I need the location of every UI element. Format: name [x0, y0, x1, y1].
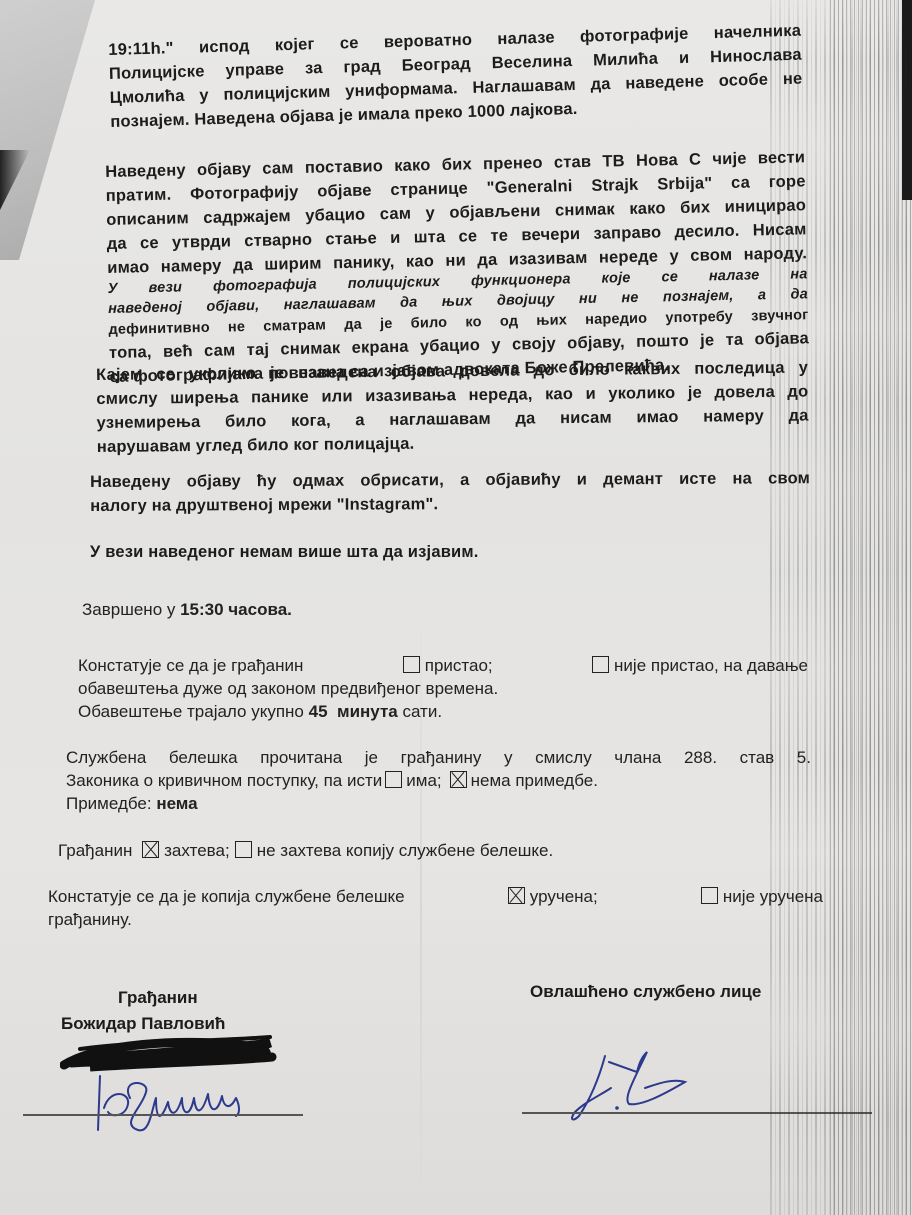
copy-delivered-line-2: грађанину. [48, 908, 823, 931]
text-line: У вези наведеног немам више шта да изјав… [90, 543, 479, 561]
duration-unit: минута [337, 702, 398, 721]
read-out-section: Службена белешка прочитана је грађанину … [66, 746, 811, 815]
official-signature-line [522, 1112, 872, 1114]
option-requests-label: захтева; [164, 841, 230, 860]
read-out-label: Законика о кривичном поступку, па исти [66, 771, 382, 790]
consent-line-2: обавештења дуже од законом предвиђеног в… [78, 677, 808, 700]
copy-delivered-label: Констатује се да је копија службене беле… [48, 885, 405, 908]
citizen-signature-line [23, 1114, 303, 1116]
copy-request-label: Грађанин [58, 841, 132, 860]
paragraph-closing: У вези наведеног немам више шта да изјав… [90, 540, 479, 564]
checkbox-delivered[interactable] [508, 887, 525, 904]
completed-label: Завршено у [82, 600, 180, 619]
option-not-delivered-label: није уручена [723, 887, 823, 906]
citizen-signature [90, 1068, 270, 1140]
option-not-requests-label: не захтева копију службене белешке. [257, 841, 553, 860]
text-line: Наведену објаву ћу одмах обрисати, а обј… [90, 466, 810, 494]
remarks-label: Примедбе: [66, 794, 156, 813]
remarks-value: нема [156, 794, 197, 813]
toner-streaks-fine [830, 0, 912, 1215]
background-edge [902, 0, 912, 200]
checkbox-agreed[interactable] [403, 656, 420, 673]
duration-suffix: сати. [398, 702, 442, 721]
official-label: Овлашћено службено лице [530, 982, 761, 1002]
option-not-agreed-label: није пристао, на давање [614, 656, 808, 675]
remarks-line: Примедбе: нема [66, 792, 811, 815]
checkbox-not-agreed[interactable] [592, 656, 609, 673]
option-no-remarks-label: нема примедбе. [471, 771, 598, 790]
redaction-scribble [60, 1033, 280, 1073]
option-agreed-label: пристао; [425, 656, 493, 675]
option-has-remarks-label: има; [406, 771, 441, 790]
paragraph-regret: Кајем се уколико је наведена објава дове… [96, 356, 809, 459]
copy-delivered-section: Констатује се да је копија службене беле… [48, 885, 823, 931]
text-line: налогу на друштвеној мрежи "Instagram". [90, 490, 810, 518]
checkbox-requests-copy[interactable] [142, 841, 159, 858]
citizen-label: Грађанин [118, 988, 198, 1008]
folded-corner [0, 0, 95, 260]
duration-line: Обавештење трајало укупно 45 минута сати… [78, 700, 808, 723]
read-out-line-2: Законика о кривичном поступку, па истиим… [66, 769, 811, 792]
consent-label: Констатује се да је грађанин [78, 654, 303, 677]
checkbox-has-remarks[interactable] [385, 771, 402, 788]
duration-label: Обавештење трајало укупно [78, 702, 309, 721]
copy-request-line: Грађанин захтева;не захтева копију служб… [58, 839, 553, 862]
paragraph-explanation: Наведену објаву сам поставио како бих пр… [105, 145, 810, 389]
checkbox-no-remarks[interactable] [450, 771, 467, 788]
paragraph-photos: 19:11h." испод којег се вероватно налазе… [108, 19, 803, 134]
checkbox-not-requests-copy[interactable] [235, 841, 252, 858]
completed-time-line: Завршено у 15:30 часова. [82, 598, 292, 621]
checkbox-not-delivered[interactable] [701, 887, 718, 904]
completed-suffix: часова. [224, 600, 292, 619]
paragraph-delete-post: Наведену објаву ћу одмах обрисати, а обј… [90, 466, 810, 518]
option-delivered-label: уручена; [530, 887, 598, 906]
consent-section: Констатује се да је грађанин пристао; ни… [78, 654, 808, 723]
read-out-line-1: Службена белешка прочитана је грађанину … [66, 746, 811, 769]
document-page: 19:11h." испод којег се вероватно налазе… [0, 0, 912, 1215]
official-signature [565, 1048, 705, 1128]
completed-time: 15:30 [180, 600, 223, 619]
citizen-name: Божидар Павловић [61, 1014, 225, 1034]
duration-value: 45 [309, 702, 328, 721]
